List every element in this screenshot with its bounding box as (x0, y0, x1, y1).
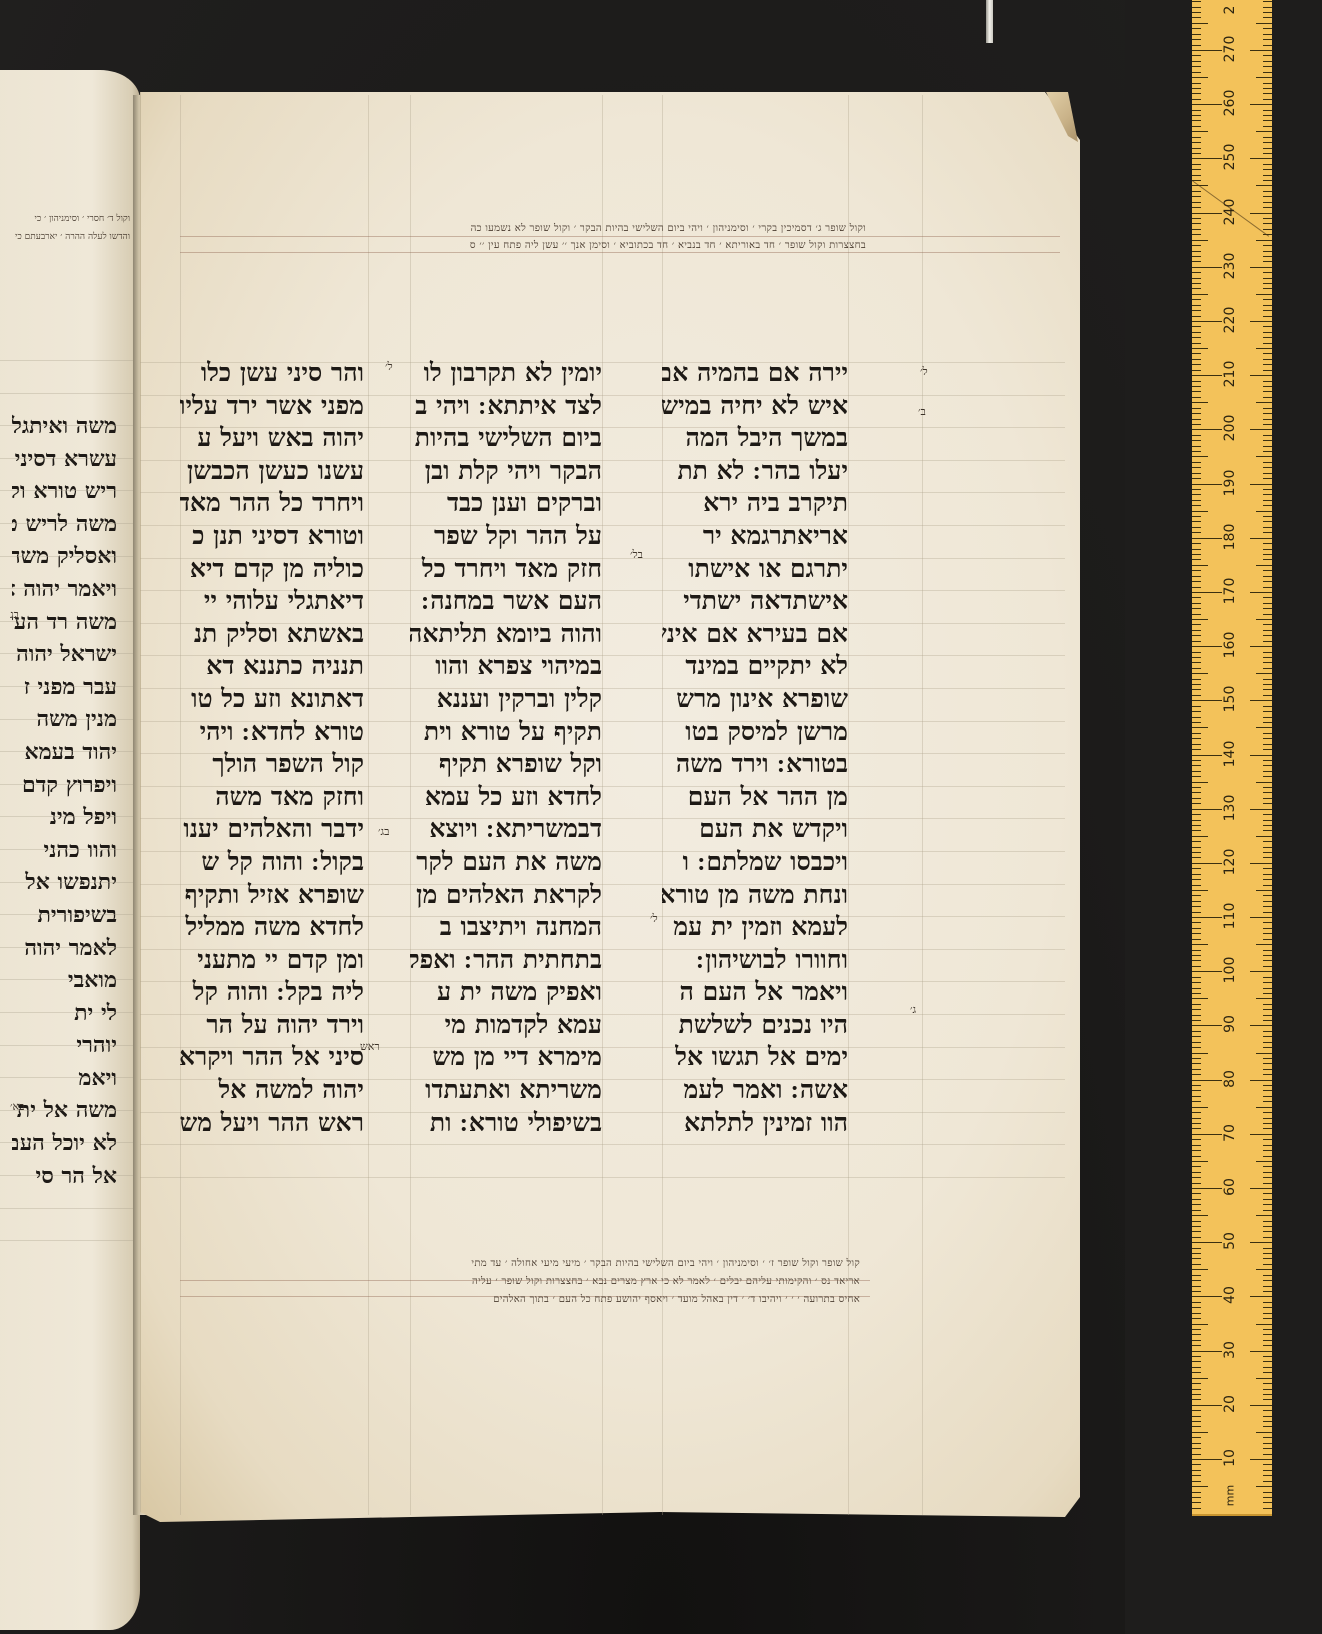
ruler-tick (1192, 83, 1201, 84)
ruler-tick (1263, 169, 1272, 170)
ruler-tick (1263, 744, 1272, 745)
text-line: מפני אשר ירד עליו (180, 390, 364, 423)
text-line: עשנו כעשן הכבשן (180, 455, 364, 488)
ruler-tick (1263, 1193, 1272, 1194)
ruler-tick (1250, 592, 1272, 593)
ruler-tick (1192, 1258, 1201, 1259)
ruler-tick (1192, 39, 1201, 40)
ruler-tick (1263, 1145, 1272, 1146)
ruler-label: 40 (1222, 1275, 1238, 1315)
ruler-tick (1263, 1367, 1272, 1368)
ruler-tick (1192, 148, 1201, 149)
ruler-tick (1192, 1399, 1201, 1400)
ruler-tick (1192, 673, 1208, 674)
ruler-tick (1192, 1134, 1214, 1135)
ruler-tick (1263, 1123, 1272, 1124)
ruler-tick (1263, 776, 1272, 777)
ruler-tick (1263, 587, 1272, 588)
masorah-bottom-line-3: אחיס בתרועה ׳ ׳ ׳ ויהיבו ד׳ ׳ דין באהל מ… (170, 1294, 860, 1305)
ruler-tick (1263, 1172, 1272, 1173)
ruler-tick (1192, 7, 1201, 8)
ruler-tick (1263, 175, 1272, 176)
ruler-tick (1192, 733, 1201, 734)
ruler-tick (1192, 61, 1201, 62)
ruler-tick (1263, 1020, 1272, 1021)
ruler-tick (1214, 1025, 1222, 1026)
ruler-tick (1192, 299, 1201, 300)
text-line: באשתא וסליק תנ (180, 618, 364, 651)
ruler-tick (1192, 402, 1208, 403)
ruler-tick (1192, 1031, 1201, 1032)
verso-ruling-line (0, 979, 140, 980)
ruler-tick (1263, 370, 1272, 371)
verso-text-line: יהוד בעמא (12, 736, 117, 769)
ruler-tick (1263, 55, 1272, 56)
ruler-tick (1263, 1004, 1272, 1005)
ruler-tick (1263, 310, 1272, 311)
verso-ruling-line (0, 1175, 140, 1176)
ruler-tick (1192, 1286, 1201, 1287)
verso-ruling-line (0, 1077, 140, 1078)
ruler-tick (1263, 527, 1272, 528)
ruler-tick (1263, 1128, 1272, 1129)
ruler-tick (1250, 755, 1272, 756)
ruler-tick (1263, 977, 1272, 978)
ruler-tick (1192, 137, 1201, 138)
ruler-tick (1263, 34, 1272, 35)
ruler-label: 30 (1222, 1330, 1238, 1370)
text-column-right: יירה אם בהמיה אםאיש לא יחיה במישבמשך היב… (662, 357, 848, 1139)
ruler-tick (1250, 321, 1272, 322)
ruler-tick (1263, 326, 1272, 327)
ruler-tick (1192, 1361, 1201, 1362)
ruler-tick (1263, 278, 1272, 279)
ruler-tick (1250, 213, 1272, 214)
ruler-tick (1263, 950, 1272, 951)
ruler-tick (1263, 1421, 1272, 1422)
ruler-tick (1192, 278, 1201, 279)
ruler-tick (1263, 1248, 1272, 1249)
ruler-tick (1263, 1264, 1272, 1265)
ruler-tick (1263, 922, 1272, 923)
ruler-tick (1192, 223, 1201, 224)
ruler-tick (1192, 1156, 1201, 1157)
verso-text-line: בשיפורית (12, 899, 117, 932)
ruler-tick (1263, 885, 1272, 886)
verso-text-line: עשרא דסיני לו (12, 443, 117, 476)
masorah-rule (180, 236, 1060, 237)
ruler-tick (1263, 1492, 1272, 1493)
text-line: הבקר ויהי קלת ובן (410, 455, 602, 488)
ruler-tick (1192, 283, 1201, 284)
ruler-tick (1256, 1378, 1272, 1379)
text-line: המחנה ויתיצבו ב (410, 911, 602, 944)
text-column-middle: יומין לא תקרבון לולצד איתתא ׃ ויהי בביום… (410, 357, 602, 1139)
ruler-tick (1192, 1150, 1201, 1151)
text-line: דבמשריתא ׃ ויוצא (410, 813, 602, 846)
text-line: במיהוי צפרא והוו (410, 650, 602, 683)
margin-note: ג׳ (910, 1003, 916, 1016)
ruler-tick (1192, 755, 1214, 756)
ruler-tick (1192, 1248, 1201, 1249)
ruler-tick (1263, 1, 1272, 2)
ruler-tick (1192, 1237, 1201, 1238)
ruler-label: 220 (1222, 300, 1238, 340)
ruler-tick (1263, 305, 1272, 306)
text-line: יומין לא תקרבון לו (410, 357, 602, 390)
ruler-tick (1192, 511, 1208, 512)
ruler-tick (1192, 310, 1201, 311)
verso-ruling-line (0, 784, 140, 785)
ruler-tick (1263, 1074, 1272, 1075)
ruler-tick (1192, 652, 1201, 653)
ruler-unit-label: mm (1224, 1475, 1237, 1515)
ruler-tick (1192, 885, 1201, 886)
ruler-tick (1250, 1296, 1272, 1297)
ruler-tick (1192, 559, 1201, 560)
ruler-tick (1192, 895, 1201, 896)
text-line: יהוה באש ויעל ע (180, 422, 364, 455)
ruler-tick (1192, 419, 1201, 420)
verso-page: וקול ד׳ חסרי ׳ וסימניהון ׳ כי והדשו לעלה… (0, 70, 140, 1630)
ruler-tick (1192, 706, 1201, 707)
ruler-tick (1263, 1042, 1272, 1043)
ruler-tick (1256, 890, 1272, 891)
ruler-tick (1256, 1486, 1272, 1487)
ruler-tick (1250, 429, 1272, 430)
text-line: היו נכנים לשלשת (662, 1009, 848, 1042)
ruler-tick (1192, 131, 1208, 132)
ruler-tick (1256, 782, 1272, 783)
ruler-tick (1263, 424, 1272, 425)
ruler-tick (1250, 1459, 1272, 1460)
ruler-tick (1192, 272, 1201, 273)
ruler-tick (1192, 462, 1201, 463)
ruler-tick (1263, 142, 1272, 143)
ruler-tick (1192, 229, 1201, 230)
ruler-tick (1263, 1372, 1272, 1373)
ruler-tick (1192, 1096, 1201, 1097)
ruler-tick (1263, 478, 1272, 479)
ruler-tick (1256, 294, 1272, 295)
ruler-tick (1263, 1286, 1272, 1287)
ruler-tick (1192, 494, 1201, 495)
ruler-tick (1192, 1080, 1214, 1081)
text-line: תקיף על טורא וית (410, 716, 602, 749)
ruler-tick (1256, 240, 1272, 241)
ruler-tick (1263, 1047, 1272, 1048)
ruler-tick (1192, 809, 1214, 810)
ruler-tick (1192, 1210, 1201, 1211)
ruler-tick (1192, 484, 1214, 485)
ruler-tick (1192, 906, 1201, 907)
text-line: יירה אם בהמיה אם (662, 357, 848, 390)
text-line: ימים אל תגשו אל (662, 1041, 848, 1074)
text-line: וירד יהוה על הר (180, 1009, 364, 1042)
ruler-tick (1192, 874, 1201, 875)
ruler-tick (1263, 608, 1272, 609)
ruler-tick (1263, 435, 1272, 436)
ruler-tick (1192, 630, 1201, 631)
ruler-label: 80 (1222, 1059, 1238, 1099)
text-line: בשיפולי טורא ׃ ות (410, 1107, 602, 1140)
white-page-tab (986, 0, 993, 43)
masorah-bottom-line-2: אריאד נס ׳ והקימותי עליהם יבלים ׳ לאמר ל… (170, 1276, 860, 1287)
ruler-tick (1192, 370, 1201, 371)
ruler-label: 270 (1222, 29, 1238, 69)
ruler-tick (1192, 316, 1201, 317)
ruler-tick (1192, 207, 1201, 208)
ruler-tick (1263, 337, 1272, 338)
verso-text-line: לאמר יהוה (12, 932, 117, 965)
ruler-tick (1263, 1156, 1272, 1157)
ruler-tick (1192, 570, 1201, 571)
ruler-tick (1256, 1053, 1272, 1054)
ruler-tick (1192, 1313, 1201, 1314)
ruler-tick (1263, 245, 1272, 246)
ruler-tick (1214, 158, 1222, 159)
ruler-tick (1263, 1101, 1272, 1102)
ruler-tick (1192, 803, 1201, 804)
text-line: יהוה למשה אל (180, 1074, 364, 1107)
ruler-tick (1263, 137, 1272, 138)
ruler-tick (1263, 1383, 1272, 1384)
ruler-tick (1192, 852, 1201, 853)
ruler-tick (1263, 1166, 1272, 1167)
ruler-tick (1192, 467, 1201, 468)
ruler-tick (1192, 603, 1201, 604)
ruler-tick (1192, 424, 1201, 425)
ruler-tick (1192, 397, 1201, 398)
text-line: לחדא משה ממליל (180, 911, 364, 944)
ruler-tick (1192, 451, 1201, 452)
ruler-tick (1250, 50, 1272, 51)
ruler-tick (1263, 1090, 1272, 1091)
ruler-tick (1263, 500, 1272, 501)
ruler-tick (1192, 1367, 1201, 1368)
ruler-tick (1263, 1389, 1272, 1390)
ruler-label: 20 (1222, 1384, 1238, 1424)
ruler-tick (1192, 977, 1201, 978)
ruler-tick (1192, 435, 1201, 436)
ruler-tick (1192, 1394, 1201, 1395)
ruler-tick (1263, 1253, 1272, 1254)
ruler-tick (1192, 1464, 1201, 1465)
ruler-tick (1192, 1188, 1214, 1189)
ruler-tick (1263, 223, 1272, 224)
text-line: אישתדאה ישתדי (662, 585, 848, 618)
verso-text-line: ישראל יהוה (12, 638, 117, 671)
ruler-tick (1192, 1112, 1201, 1113)
ruler-tick (1263, 1340, 1272, 1341)
ruler-tick (1192, 1226, 1201, 1227)
ruler-tick (1263, 196, 1272, 197)
ruler-tick (1263, 83, 1272, 84)
verso-ruling-line (0, 490, 140, 491)
verso-ruling-line (0, 1208, 140, 1209)
ruler-tick (1192, 1486, 1208, 1487)
ruler-tick (1263, 641, 1272, 642)
ruler-tick (1214, 429, 1222, 430)
verso-ruling-line (0, 523, 140, 524)
ruler-tick (1192, 1139, 1201, 1140)
ruler-tick (1263, 1464, 1272, 1465)
ruler-tick (1192, 34, 1201, 35)
ruler-tick (1192, 175, 1201, 176)
ruler-tick (1192, 841, 1201, 842)
verso-ruling-line (0, 393, 140, 394)
ruler-tick (1256, 998, 1272, 999)
ruler-tick (1192, 782, 1208, 783)
ruler-tick (1192, 294, 1208, 295)
ruler-tick (1263, 1416, 1272, 1417)
ruler-tick (1192, 1183, 1201, 1184)
text-line: לקראת האלהים מן (410, 879, 602, 912)
ruler-tick (1263, 180, 1272, 181)
ruler-tick (1263, 825, 1272, 826)
ruler-tick (1214, 917, 1222, 918)
ruler-tick (1263, 359, 1272, 360)
ruler-tick (1263, 343, 1272, 344)
ruler-tick (1256, 402, 1272, 403)
ruler-tick (1263, 912, 1272, 913)
ruler-tick (1263, 895, 1272, 896)
ruler-label: 60 (1222, 1167, 1238, 1207)
ruler-tick (1263, 879, 1272, 880)
ruler-tick (1192, 679, 1201, 680)
verso-ruling-line (0, 653, 140, 654)
ruler-tick (1256, 619, 1272, 620)
text-line: תנניה כתננא דא (180, 650, 364, 683)
ruler-tick (1263, 261, 1272, 262)
text-line: ונחת משה מן טורא (662, 879, 848, 912)
ruler-tick (1192, 77, 1208, 78)
ruler-tick (1192, 1459, 1214, 1460)
ruler-tick (1192, 516, 1201, 517)
text-line: ויחרד כל ההר מאד (180, 487, 364, 520)
ruler-tick (1263, 771, 1272, 772)
ruler-tick (1263, 549, 1272, 550)
ruler-tick (1256, 185, 1272, 186)
ruler-tick (1192, 126, 1201, 127)
ruler-tick (1192, 305, 1201, 306)
ruler-tick (1192, 1036, 1201, 1037)
ruler-tick (1192, 66, 1201, 67)
ruler-tick (1263, 532, 1272, 533)
ruler-tick (1192, 700, 1214, 701)
masorah-top-line-2: בחצצרות וקול שופר ׳ חד באוריתא ׳ חד בנבי… (176, 240, 866, 251)
ruler-tick (1263, 695, 1272, 696)
ruler-tick (1192, 749, 1201, 750)
ruler-tick (1263, 1345, 1272, 1346)
ruler-tick (1263, 581, 1272, 582)
ruler-tick (1263, 381, 1272, 382)
ruler-tick (1192, 440, 1201, 441)
ruler-tick (1256, 1269, 1272, 1270)
ruler-tick (1263, 1394, 1272, 1395)
text-line: שופרא אינון מרש (662, 683, 848, 716)
ruler-tick (1192, 933, 1201, 934)
ruler-tick (1263, 1275, 1272, 1276)
verso-text-line: ויאמר יהוה אל מ (12, 573, 117, 606)
ruler-tick (1192, 110, 1201, 111)
ruler-tick (1214, 592, 1222, 593)
text-line: ראש ההר ויעל מש (180, 1107, 364, 1140)
ruler-tick (1263, 901, 1272, 902)
ruler-tick (1192, 868, 1201, 869)
ruler-tick (1263, 603, 1272, 604)
ruler-tick (1192, 413, 1201, 414)
ruler-tick (1214, 1459, 1222, 1460)
ruler-tick (1192, 1291, 1201, 1292)
ruler-tick (1250, 1405, 1272, 1406)
ruler-tick (1192, 1351, 1214, 1352)
ruler-tick (1192, 1123, 1201, 1124)
verso-ruling-line (0, 751, 140, 752)
ruler-tick (1263, 7, 1272, 8)
ruler-tick (1263, 229, 1272, 230)
ruler-tick (1263, 364, 1272, 365)
ruler-tick (1263, 787, 1272, 788)
ruler-tick (1263, 288, 1272, 289)
verso-ruling-line (0, 1012, 140, 1013)
ruler-tick (1192, 326, 1201, 327)
ruler-tick (1192, 1009, 1201, 1010)
text-line: והוה ביומא תליתאה (410, 618, 602, 651)
ruler-tick (1192, 202, 1201, 203)
ruler-tick (1263, 960, 1272, 961)
ruler-tick (1192, 353, 1201, 354)
ruler-tick (1192, 776, 1201, 777)
ruler-tick (1192, 538, 1214, 539)
ruler-tick (1250, 1080, 1272, 1081)
ruler-tick (1263, 283, 1272, 284)
text-line: אם בעירא אם אינש (662, 618, 848, 651)
ruler-tick (1263, 1497, 1272, 1498)
ruler-tick (1263, 841, 1272, 842)
ruler-tick (1192, 879, 1201, 880)
ruler-tick (1263, 624, 1272, 625)
ruler-tick (1192, 928, 1201, 929)
ruler-tick (1192, 1340, 1201, 1341)
ruler-tick (1192, 88, 1201, 89)
ruler-tick (1214, 484, 1222, 485)
ruler-tick (1192, 120, 1201, 121)
ruler-tick (1192, 348, 1208, 349)
ruler-tick (1192, 500, 1201, 501)
ruler-tick (1192, 944, 1208, 945)
text-column-left: והר סיני עשן כלומפני אשר ירד עליויהוה בא… (180, 357, 364, 1139)
ruler-tick (1192, 711, 1201, 712)
ruler-tick (1263, 749, 1272, 750)
ruler-tick (1250, 863, 1272, 864)
verso-ruling-line (0, 816, 140, 817)
ruler-tick (1263, 332, 1272, 333)
text-line: בקול ׃ והוה קל ש (180, 846, 364, 879)
ruler-tick (1263, 386, 1272, 387)
ruler-tick (1192, 1421, 1201, 1422)
ruler-tick (1263, 830, 1272, 831)
ruler-tick (1192, 982, 1201, 983)
ruler-tick (1192, 1004, 1201, 1005)
ruler-tick (1192, 988, 1201, 989)
ruler-label: 230 (1222, 246, 1238, 286)
ruler-tick (1263, 1307, 1272, 1308)
ruler-tick (1263, 798, 1272, 799)
ruler-tick (1263, 1118, 1272, 1119)
ruler-tick (1192, 738, 1201, 739)
ruler-tick (1263, 1448, 1272, 1449)
